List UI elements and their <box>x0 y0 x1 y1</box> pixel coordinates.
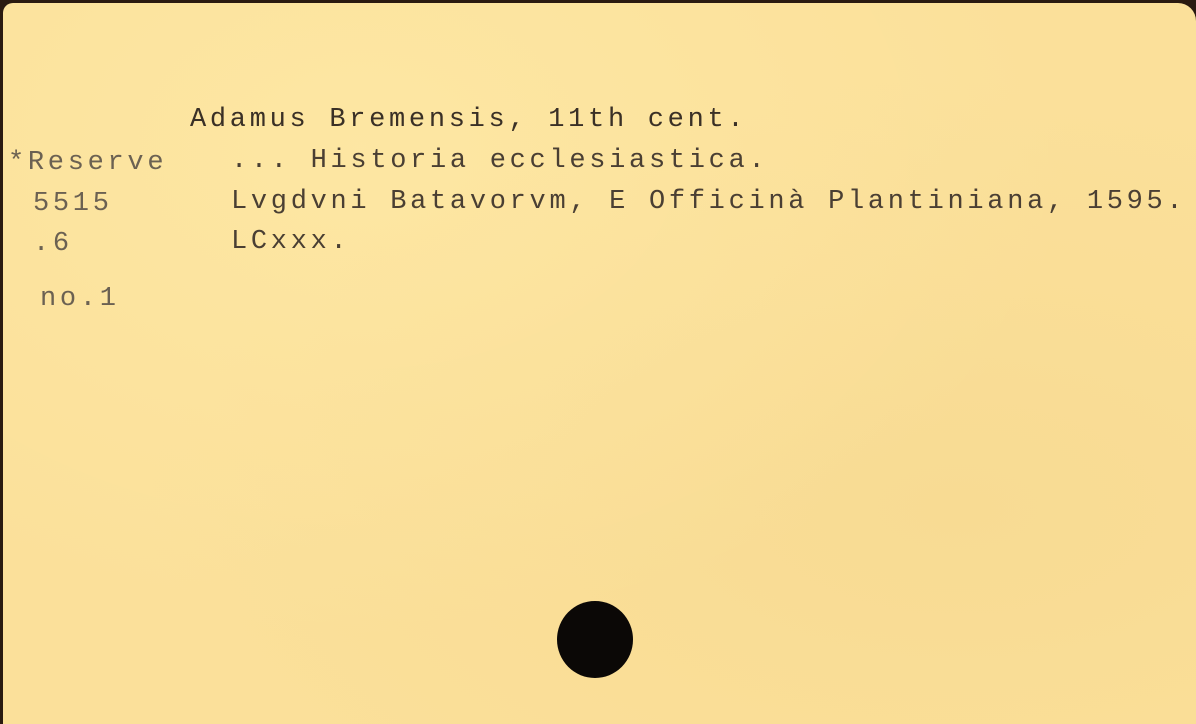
call-number-location: *Reserve <box>8 150 167 177</box>
title-line: ... Historia ecclesiastica. <box>231 148 768 175</box>
imprint-line: Lvgdvni Batavorvm, E Officinà Plantinian… <box>231 189 1186 216</box>
call-number-volume: no.1 <box>40 286 120 313</box>
punch-hole <box>557 601 633 678</box>
collation-line: LCxxx. <box>231 229 350 256</box>
call-number-class: 5515 <box>33 191 113 218</box>
call-number-cutter: .6 <box>33 231 73 258</box>
main-heading: Adamus Bremensis, 11th cent. <box>190 107 747 134</box>
